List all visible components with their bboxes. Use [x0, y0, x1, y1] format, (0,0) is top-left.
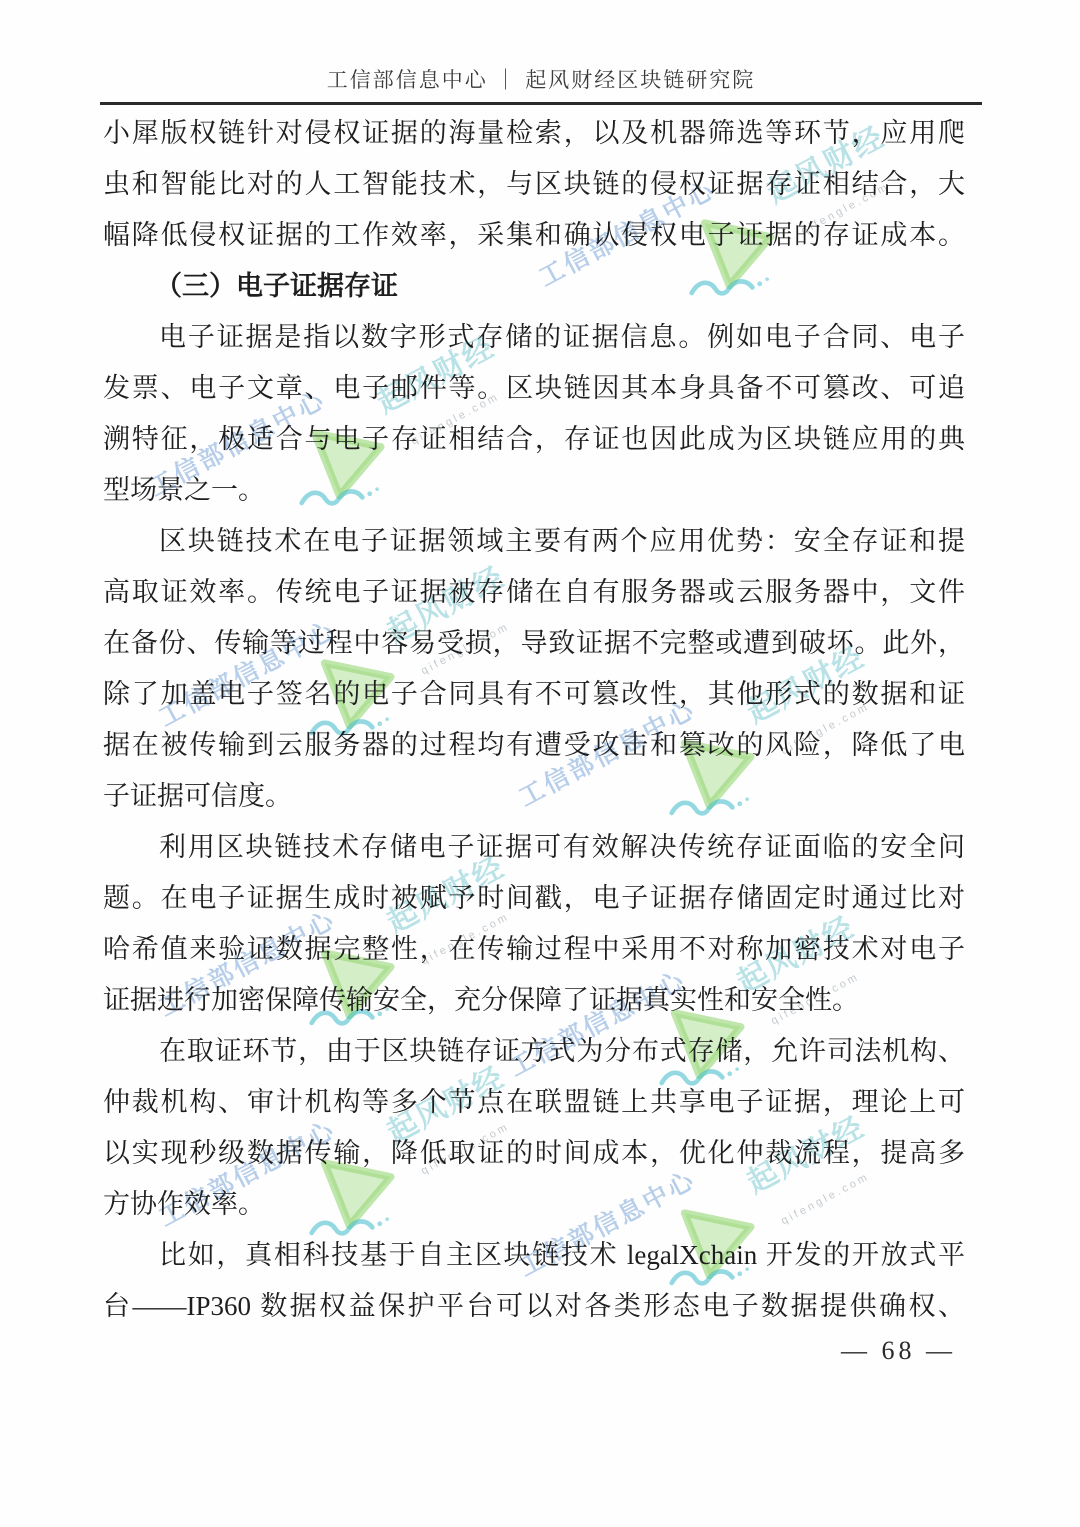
- text-line: 除了加盖电子签名的电子合同具有不可篡改性，其他形式的数据和证: [103, 669, 965, 720]
- text-line: 利用区块链技术存储电子证据可有效解决传统存证面临的安全问: [103, 822, 965, 873]
- page-number: — 68 —: [841, 1336, 956, 1366]
- text-line: 题。在电子证据生成时被赋予时间戳，电子证据存储固定时通过比对: [103, 873, 965, 924]
- text-line: 据在被传输到云服务器的过程均有遭受攻击和篡改的风险，降低了电: [103, 720, 965, 771]
- text-line: 方协作效率。: [103, 1179, 965, 1230]
- text-line: 哈希值来验证数据完整性，在传输过程中采用不对称加密技术对电子: [103, 924, 965, 975]
- text-line: 发票、电子文章、电子邮件等。区块链因其本身具备不可篡改、可追: [103, 363, 965, 414]
- page-header-title: 工信部信息中心 ｜ 起风财经区块链研究院: [100, 64, 982, 94]
- document-page: 起风财经 qifengle.com 工信部信息中心 起风财经 qifengle.…: [0, 0, 1080, 1527]
- text-line: 仲裁机构、审计机构等多个节点在联盟链上共享电子证据，理论上可: [103, 1077, 965, 1128]
- text-line: 比如，真相科技基于自主区块链技术 legalXchain 开发的开放式平: [103, 1230, 965, 1281]
- document-body: 小犀版权链针对侵权证据的海量检索，以及机器筛选等环节，应用爬虫和智能比对的人工智…: [103, 108, 965, 1332]
- text-line: 子证据可信度。: [103, 771, 965, 822]
- text-line: 以实现秒级数据传输，降低取证的时间成本，优化仲裁流程，提高多: [103, 1128, 965, 1179]
- text-line: 在取证环节，由于区块链存证方式为分布式存储，允许司法机构、: [103, 1026, 965, 1077]
- text-line: 电子证据是指以数字形式存储的证据信息。例如电子合同、电子: [103, 312, 965, 363]
- text-line: 高取证效率。传统电子证据被存储在自有服务器或云服务器中，文件: [103, 567, 965, 618]
- text-line: 溯特征，极适合与电子存证相结合，存证也因此成为区块链应用的典: [103, 414, 965, 465]
- text-line: 证据进行加密保障传输安全，充分保障了证据真实性和安全性。: [103, 975, 965, 1026]
- text-line: 小犀版权链针对侵权证据的海量检索，以及机器筛选等环节，应用爬: [103, 108, 965, 159]
- text-line: 在备份、传输等过程中容易受损，导致证据不完整或遭到破坏。此外，: [103, 618, 965, 669]
- text-line: （三）电子证据存证: [103, 261, 965, 312]
- text-line: 虫和智能比对的人工智能技术，与区块链的侵权证据存证相结合，大: [103, 159, 965, 210]
- page-header: 工信部信息中心 ｜ 起风财经区块链研究院: [100, 64, 982, 105]
- text-line: 型场景之一。: [103, 465, 965, 516]
- text-line: 幅降低侵权证据的工作效率，采集和确认侵权电子证据的存证成本。: [103, 210, 965, 261]
- text-line: 台——IP360 数据权益保护平台可以对各类形态电子数据提供确权、: [103, 1281, 965, 1332]
- text-line: 区块链技术在电子证据领域主要有两个应用优势：安全存证和提: [103, 516, 965, 567]
